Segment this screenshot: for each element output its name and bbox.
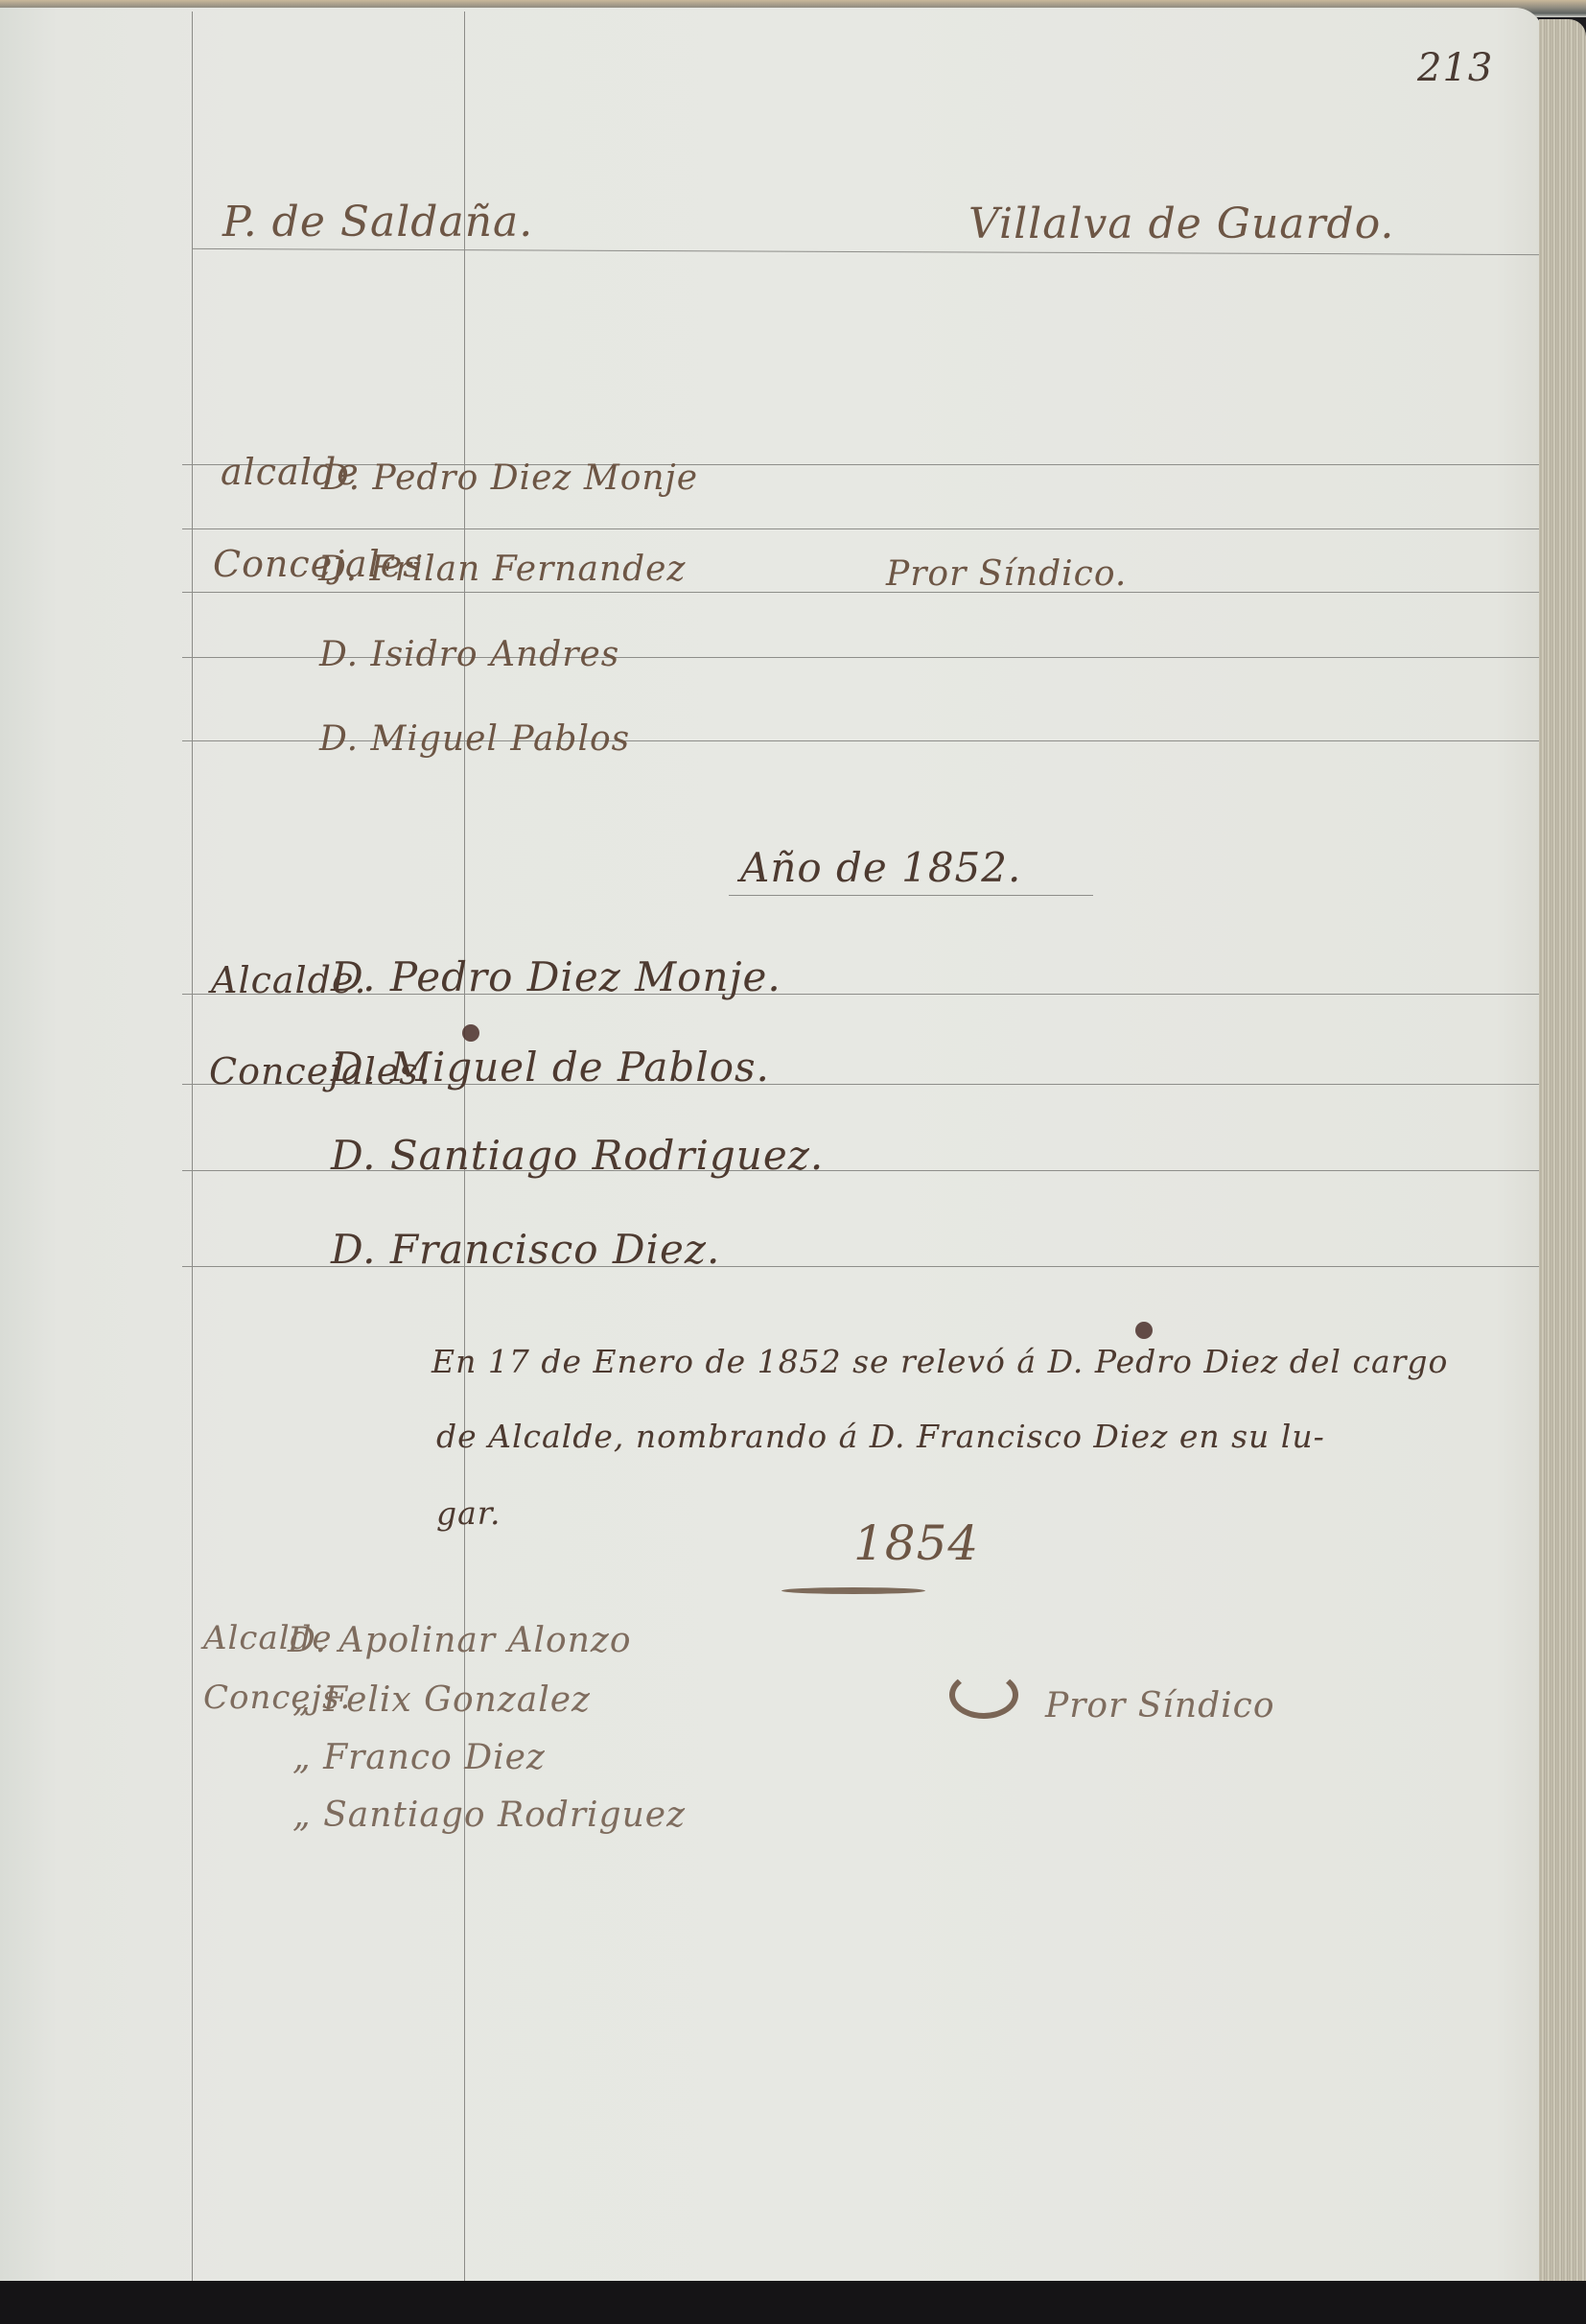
entry-note: Pror Síndico. [886, 554, 1127, 594]
page-number: 213 [1417, 46, 1493, 90]
section-title-1852: Año de 1852. [740, 844, 1021, 891]
header-municipality: Villalva de Guardo. [968, 200, 1394, 248]
entry-name: D. Miguel de Pablos. [331, 1044, 770, 1091]
ink-blot [1135, 1322, 1153, 1339]
book-page-edges [1539, 19, 1586, 2302]
flourish-stroke [949, 1671, 1018, 1719]
book-bottom-edge [0, 2281, 1586, 2324]
entry-name: D. Frilan Fernandez [318, 550, 686, 589]
entry-name: D. Pedro Diez Monje [321, 458, 698, 498]
ink-blot [462, 1024, 479, 1042]
note-line: En 17 de Enero de 1852 se relevó á D. Pe… [431, 1343, 1448, 1380]
entry-name: D. Francisco Diez. [331, 1226, 720, 1273]
margin-column-line [192, 12, 193, 2289]
note-line: de Alcalde, nombrando á D. Francisco Die… [436, 1418, 1325, 1455]
section-title-1854: 1854 [853, 1515, 979, 1571]
row-rule [182, 592, 1539, 593]
entry-name: D. Isidro Andres [319, 635, 619, 674]
entry-name: „ Santiago Rodriguez [292, 1796, 686, 1835]
header-partido: P. de Saldaña. [222, 198, 533, 246]
entry-name: D. Apolinar Alonzo [288, 1621, 632, 1660]
entry-name: „ Franco Diez [292, 1738, 546, 1777]
note-line: gar. [436, 1494, 501, 1532]
row-rule [182, 528, 1539, 529]
entry-name: D. Santiago Rodriguez. [331, 1132, 824, 1179]
entry-name: D. Pedro Diez Monje. [331, 953, 781, 1000]
year-underline-stroke [781, 1587, 925, 1594]
entry-note: Pror Síndico [1045, 1686, 1275, 1725]
entry-name: „ Felix Gonzalez [292, 1680, 591, 1720]
entry-name: D. Miguel Pablos [319, 719, 630, 759]
year-title-rule [729, 895, 1093, 896]
